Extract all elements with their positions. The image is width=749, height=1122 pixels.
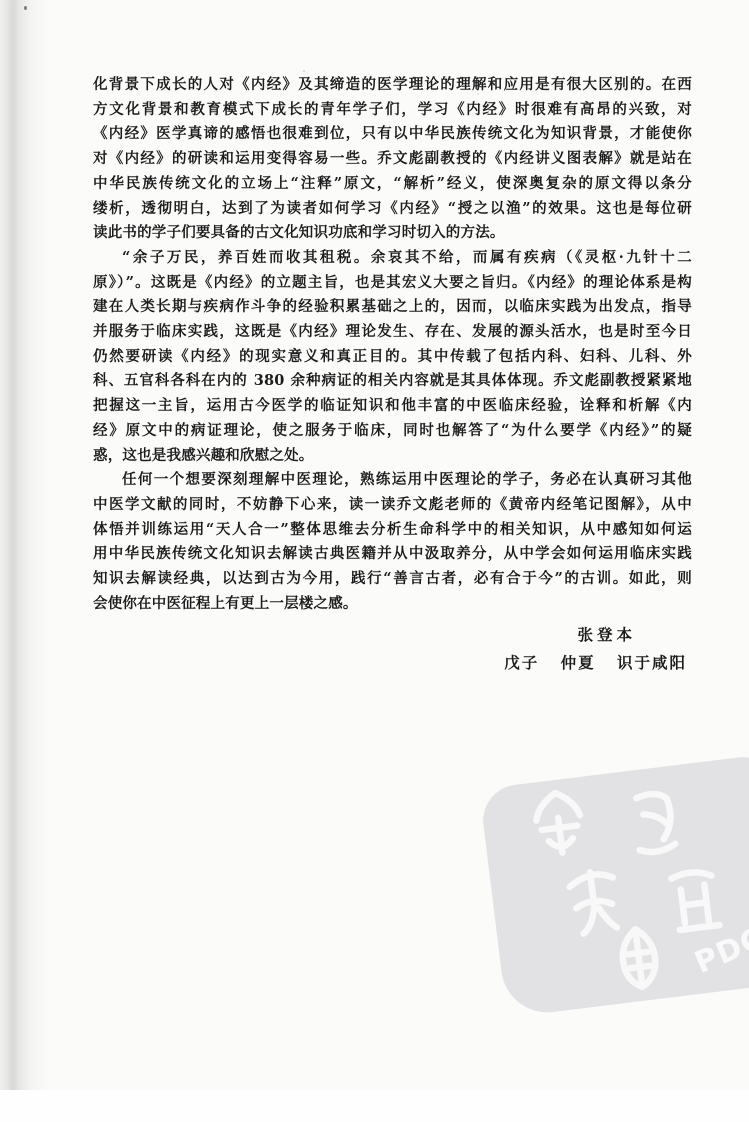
text-line: 体悟并训练运用“天人合一”整体思维去分析生命科学中的相关知识，从中感知如何运 (93, 518, 692, 543)
paragraph-3: 任何一个想要深刻理解中医理论，熟练运用中医理论的学子，务必在认真研习其他 中医学… (93, 468, 692, 616)
text-line: 缕析，透彻明白，达到了为读者如何学习《内经》“授之以渔”的效果。这也是每位研 (93, 197, 692, 222)
signature-date-place: 戊子 仲夏 识于咸阳 (93, 649, 692, 677)
text-line: 化背景下成长的人对《内经》及其缔造的医学理论的理解和应用是有很大区别的。在西 (93, 73, 692, 98)
text-line: 原》）”。这既是《内经》的立题主旨，也是其宏义大要之旨归。《内经》的理论体系是构 (93, 271, 692, 296)
text-line: 知识去解读经典，以达到古为今用，践行“善言古者，必有合于今”的古训。如此，则 (93, 567, 692, 592)
paragraph-1: 化背景下成长的人对《内经》及其缔造的医学理论的理解和应用是有很大区别的。在西 方… (93, 73, 692, 246)
text-line: 把握这一主旨，运用古今医学的临证知识和他丰富的中医临床经验，诠释和析解《内 (93, 394, 692, 419)
text-line: 对《内经》的研读和运用变得容易一些。乔文彪副教授的《内经讲义图表解》就是站在 (93, 147, 692, 172)
author-signature: 张登本 戊子 仲夏 识于咸阳 (93, 621, 692, 677)
text-line: “余子万民，养百姓而收其租税。余哀其不给，而属有疾病（《灵枢·九针十二 (93, 246, 692, 271)
watermark-stamp: PDG (479, 752, 749, 1017)
paragraph-2: “余子万民，养百姓而收其租税。余哀其不给，而属有疾病（《灵枢·九针十二 原》）”… (93, 246, 692, 468)
text-line: 仍然要研读《内经》的现实意义和真正目的。其中传载了包括内科、妇科、儿科、外 (93, 345, 692, 370)
text-line: 方文化背景和教育模式下成长的青年学子们，学习《内经》时很难有高昂的兴致，对 (93, 98, 692, 123)
text-line: 惑，这也是我感兴趣和欣慰之处。 (93, 444, 692, 469)
scan-bottom-edge (0, 1090, 749, 1122)
text-line: 读此书的学子们要具备的古文化知识功底和学习时切入的方法。 (93, 221, 692, 246)
scanned-book-page: 化背景下成长的人对《内经》及其缔造的医学理论的理解和应用是有很大区别的。在西 方… (0, 0, 749, 1122)
text-line: 用中华民族传统文化知识去解读古典医籍并从中汲取养分，从中学会如何运用临床实践 (93, 542, 692, 567)
text-line: 科、五官科各科在内的 380 余种病证的相关内容就是其具体体现。乔文彪副教授紧紧… (93, 369, 692, 394)
text-line: 会使你在中医征程上有更上一层楼之感。 (93, 592, 692, 617)
text-line: 《内经》医学真谛的感悟也很难到位，只有以中华民族传统文化为知识背景，才能使你 (93, 122, 692, 147)
preface-text: 化背景下成长的人对《内经》及其缔造的医学理论的理解和应用是有很大区别的。在西 方… (93, 73, 692, 616)
scan-speck (24, 6, 27, 10)
signature-name: 张登本 (93, 621, 692, 649)
text-line: 建在人类长期与疾病作斗争的经验积累基础之上的，因而，以临床实践为出发点，指导 (93, 295, 692, 320)
book-binding-shadow (0, 0, 48, 1090)
text-line: 中华民族传统文化的立场上“注释”原文，“解析”经义，使深奥复杂的原文得以条分 (93, 172, 692, 197)
scan-speck (303, 70, 305, 72)
binding-crease-line (10, 0, 16, 1090)
text-line: 并服务于临床实践，这既是《内经》理论发生、存在、发展的源头活水，也是时至今日 (93, 320, 692, 345)
text-line: 中医学文献的同时，不妨静下心来，读一读乔文彪老师的《黄帝内经笔记图解》，从中 (93, 493, 692, 518)
text-line: 任何一个想要深刻理解中医理论，熟练运用中医理论的学子，务必在认真研习其他 (93, 468, 692, 493)
text-line: 经》原文中的病证理论，使之服务于临床，同时也解答了“为什么要学《内经》”的疑 (93, 419, 692, 444)
